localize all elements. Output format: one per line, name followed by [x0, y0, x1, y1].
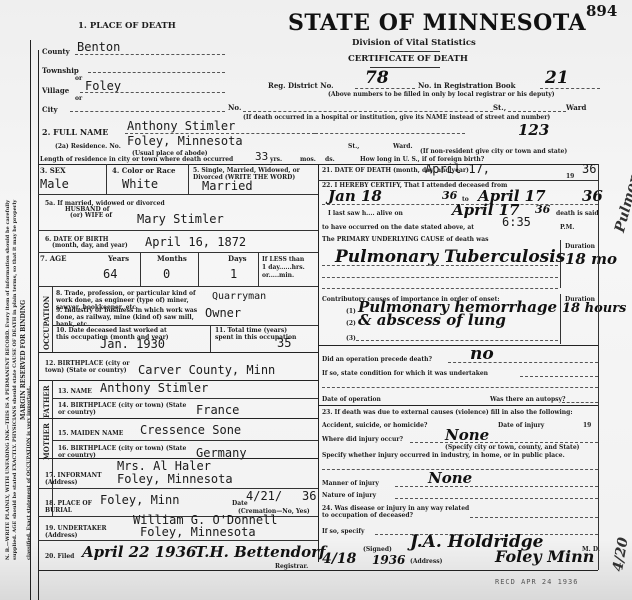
- where-injury-label: Where did injury occur?: [322, 436, 403, 443]
- father-side-label: FATHER: [42, 385, 51, 418]
- cell-divider: [140, 252, 141, 286]
- row-divider: [38, 418, 318, 419]
- address-label: (Address): [410, 558, 442, 565]
- father-name-label: 13. NAME: [58, 388, 92, 395]
- burial-place: Foley, Minn: [100, 494, 179, 507]
- form-number: 894: [586, 2, 617, 20]
- row-divider: [318, 180, 598, 181]
- residence-ward-label: Ward.: [393, 143, 413, 150]
- industry-value: Owner: [205, 307, 241, 320]
- address-line: [243, 111, 493, 112]
- nature-label: Nature of injury: [322, 492, 376, 499]
- where-line: [410, 442, 598, 443]
- mos-label: mos.: [300, 156, 316, 163]
- form-bottom-border: [38, 570, 598, 571]
- father-birthplace-label: 14. BIRTHPLACE (city or town) (State or …: [58, 402, 188, 416]
- side-divider: [52, 380, 53, 516]
- row-divider: [38, 352, 318, 353]
- length-of-residence-years: 33: [255, 150, 268, 163]
- less-than-label: If LESS than: [262, 256, 304, 263]
- last-worked-value: Jan. 1930: [100, 338, 165, 351]
- village-label: Village: [42, 87, 69, 95]
- row-divider: [38, 194, 318, 195]
- occurred-label: to have occurred on the date stated abov…: [322, 224, 474, 231]
- months-label: Months: [157, 255, 187, 263]
- or-label-1: or: [75, 75, 82, 82]
- race-label: 4. Color or Race: [112, 167, 175, 175]
- margin-handwriting-2: 4/20: [610, 536, 632, 573]
- autopsy-line: [562, 402, 598, 403]
- cell-divider: [188, 164, 189, 194]
- birthplace-label: 12. BIRTHPLACE (city or town) (State or …: [45, 360, 140, 374]
- if-so-label: If so, specify: [322, 528, 364, 535]
- row-divider: [38, 230, 318, 231]
- death-year-value: 36: [582, 163, 596, 176]
- occupation-side-label: OCCUPATION: [42, 296, 51, 350]
- division-title: Division of Vital Statistics: [352, 38, 476, 48]
- informant-label: 17. INFORMANT (Address): [45, 472, 115, 486]
- registrar-signature: T.H. Bettendorf: [195, 544, 325, 560]
- signed-date: 4/18: [322, 551, 356, 567]
- county-value: Benton: [77, 41, 120, 54]
- age-months-value: 0: [163, 268, 170, 281]
- condition-line: [520, 376, 598, 377]
- primary-cause: Pulmonary Tuberculosis: [335, 249, 565, 265]
- city-no-label: No.: [228, 104, 241, 112]
- operation-line: [448, 362, 598, 363]
- contrib-2-label: (2): [346, 320, 356, 327]
- st-line: [508, 111, 566, 112]
- age-days-value: 1: [230, 268, 237, 281]
- operation-label: Did an operation precede death?: [322, 356, 432, 363]
- reg-note: (Above numbers to be filled in only by l…: [328, 91, 555, 98]
- informant-address: Foley, Minnesota: [117, 473, 233, 486]
- margin-note-instructions-1: N. B.—WRITE PLAINLY, WITH UNFADING INK—T…: [5, 200, 11, 560]
- contrib-2-value: & abscess of lung: [358, 312, 506, 328]
- sex-label: 3. SEX: [40, 167, 66, 175]
- township-label: Township: [42, 67, 79, 75]
- registrar-label: Registrar.: [275, 563, 308, 570]
- residence-value: Foley, Minnesota: [127, 135, 243, 148]
- undertaker-label: 19. UNDERTAKER (Address): [45, 525, 125, 539]
- village-line: [80, 92, 225, 93]
- marital-value: Married: [202, 180, 253, 193]
- physician-address: Foley Minn: [495, 549, 594, 565]
- injury-year-label: 19: [583, 422, 591, 429]
- age-label: 7. AGE: [40, 255, 67, 263]
- operation-date-label: Date of operation: [322, 396, 381, 403]
- title-rule: [390, 51, 440, 52]
- row-divider: [52, 398, 318, 399]
- cause-label: The PRIMARY UNDERLYING CAUSE of death wa…: [322, 236, 489, 243]
- or-label-2: or: [75, 95, 82, 102]
- last-saw-year: 36: [535, 202, 550, 218]
- mother-birthplace-label: 16. BIRTHPLACE (city or town) (State or …: [58, 445, 188, 459]
- total-time-value: 35: [277, 337, 291, 350]
- reg-book-line: [540, 88, 600, 89]
- spouse-value: Mary Stimler: [137, 213, 224, 226]
- maiden-name-value: Cressence Sone: [140, 424, 241, 437]
- place-of-death-heading: 1. PLACE OF DEATH: [78, 22, 176, 30]
- state-title: STATE OF MINNESOTA: [288, 10, 586, 36]
- residence-st-label: St.,: [348, 143, 359, 150]
- years-label: Years: [108, 255, 129, 263]
- attended-from: Jan 18: [328, 188, 382, 204]
- margin-note-instructions-2: supplied. AGE should be stated EXACTLY. …: [12, 200, 18, 560]
- attended-to-year: 36: [582, 188, 603, 204]
- row-divider: [318, 345, 598, 346]
- where-note: (Specify city or town, county, and State…: [445, 444, 579, 451]
- age-years-value: 64: [103, 268, 117, 281]
- residence-label: (2a) Residence. No.: [55, 143, 121, 150]
- condition-label: If so, state condition for which it was …: [322, 370, 488, 377]
- autopsy-label: Was there an autopsy?: [490, 396, 566, 403]
- dob-sublabel: (month, day, and year): [52, 242, 128, 249]
- dob-value: April 16, 1872: [145, 236, 246, 249]
- cause-line-3: [322, 288, 558, 289]
- nature-line: [395, 498, 598, 499]
- time-of-death: 6:35: [502, 216, 531, 229]
- cell-divider: [198, 252, 199, 286]
- duration-label: Duration: [565, 243, 595, 250]
- mother-side-label: MOTHER: [42, 423, 51, 460]
- primary-duration: 18 mo: [565, 251, 617, 267]
- row-divider: [38, 540, 318, 541]
- specify-label: Specify whether injury occurred in indus…: [322, 452, 565, 459]
- cell-divider: [258, 252, 259, 286]
- center-divider: [318, 164, 319, 562]
- less-min-label: or.....min.: [262, 272, 294, 279]
- contrib-3-label: (3): [346, 335, 356, 342]
- father-birthplace-value: France: [196, 404, 239, 417]
- occupation-related-line: [470, 517, 598, 518]
- county-line: [75, 54, 225, 55]
- death-said-label: death is said: [556, 210, 599, 217]
- city-st-label: St.,: [493, 104, 506, 112]
- side-divider: [52, 286, 53, 352]
- manner-line: [395, 486, 598, 487]
- city-ward-label: Ward: [566, 104, 586, 112]
- death-certificate-page: MARGIN RESERVED FOR BINDING N. B.—WRITE …: [0, 0, 632, 600]
- manner-value: None: [428, 470, 472, 486]
- grid-top-left: [38, 164, 318, 165]
- contrib-1-label: (1): [346, 308, 356, 315]
- city-line: [70, 111, 225, 112]
- birthplace-value: Carver County, Minn: [138, 364, 275, 377]
- duration-divider: [560, 294, 561, 344]
- where-injury-value: None: [445, 427, 489, 443]
- reg-district-line: [355, 88, 415, 89]
- burial-label: 18. PLACE OF BURIAL: [45, 500, 105, 514]
- injury-date-label: Date of injury: [498, 422, 544, 429]
- row-divider: [38, 286, 318, 287]
- received-stamp: RECD APR 24 1936: [495, 578, 578, 586]
- full-name-value: Anthony Stimler: [127, 120, 235, 133]
- filed-date: April 22 1936: [82, 544, 197, 560]
- certificate-type: CERTIFICATE OF DEATH: [348, 54, 468, 64]
- form-left-border: [38, 50, 39, 600]
- county-label: County: [42, 48, 70, 56]
- row-divider: [52, 325, 318, 326]
- filed-label: 20. Filed: [45, 553, 74, 560]
- city-note: (If death occurred in a hospital or inst…: [243, 114, 550, 121]
- township-line: [88, 72, 225, 73]
- contrib-duration-value: 18 hours: [562, 301, 626, 317]
- nonresident-note: (If non-resident give city or town and s…: [420, 148, 567, 155]
- reg-book-value: 21: [545, 70, 569, 86]
- external-causes-label: 23. If death was due to external causes …: [322, 409, 573, 416]
- full-name-label: 2. FULL NAME: [42, 128, 108, 136]
- accident-label: Accident, suicide, or homicide?: [322, 422, 427, 429]
- length-of-residence-label: Length of residence in city or town wher…: [40, 156, 233, 163]
- margin-note-instructions-3: classified. Exact statement of OCCUPATIO…: [26, 386, 32, 560]
- death-date-value: April 17,: [425, 163, 490, 176]
- reg-book-label: No. in Registration Book: [418, 82, 515, 90]
- spouse-label-3: (or) WIFE of: [70, 212, 112, 219]
- less-hrs-label: 1 day......hrs.: [262, 264, 305, 271]
- certificate-number: 123: [518, 122, 549, 138]
- maiden-name-label: 15. MAIDEN NAME: [58, 430, 123, 437]
- manner-label: Manner of injury: [322, 480, 379, 487]
- last-saw-label: I last saw h.... alive on: [328, 210, 403, 217]
- condition-line-2: [322, 387, 598, 388]
- cause-line: [322, 265, 558, 266]
- father-name-value: Anthony Stimler: [100, 382, 208, 395]
- reg-district-value: 78: [365, 70, 389, 86]
- form-right-border: [598, 164, 599, 570]
- city-label: City: [42, 106, 58, 114]
- row-divider: [318, 405, 598, 406]
- time-suffix: P.M.: [560, 224, 574, 231]
- reg-district-label: Reg. District No.: [268, 82, 334, 90]
- cell-divider: [106, 164, 107, 194]
- race-value: White: [122, 178, 158, 191]
- row-divider: [38, 252, 318, 253]
- cell-divider: [210, 325, 211, 352]
- operation-value: no: [470, 346, 494, 362]
- death-year-prefix: 19: [566, 173, 574, 180]
- trade-value: Quarryman: [212, 290, 266, 303]
- burial-date-value: 4/21/: [246, 490, 282, 503]
- row-divider: [52, 440, 318, 441]
- ds-label: ds.: [325, 156, 335, 163]
- undertaker-address: Foley, Minnesota: [140, 526, 256, 539]
- sex-value: Male: [40, 178, 69, 191]
- cause-line-2: [322, 277, 558, 278]
- full-name-line-2: [315, 133, 465, 134]
- margin-handwriting-1: Pulmonary: [612, 148, 632, 234]
- days-label: Days: [228, 255, 247, 263]
- burial-year-value: 36: [302, 490, 316, 503]
- yrs-label: yrs.: [270, 156, 282, 163]
- contrib-3-line: [356, 340, 558, 341]
- occupation-related-label: 24. Was disease or injury in any way rel…: [322, 505, 472, 519]
- signed-year: 1936: [372, 552, 405, 568]
